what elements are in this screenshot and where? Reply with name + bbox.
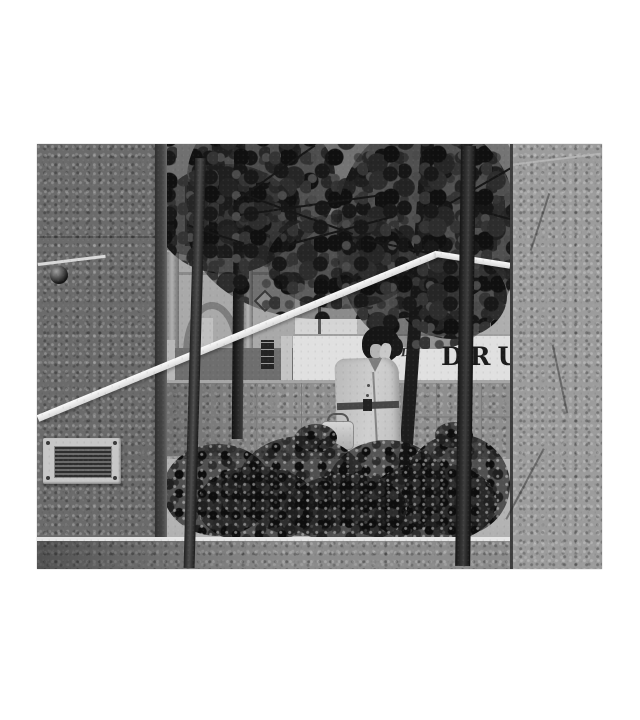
photograph: Du DRU	[37, 144, 602, 569]
shrub	[287, 474, 407, 544]
shrub-tip	[295, 424, 337, 452]
belt-buckle	[363, 399, 372, 411]
plaque-screw-icon	[46, 476, 50, 480]
plaque-screw-icon	[113, 441, 117, 445]
wall-shadow-gap	[155, 144, 167, 537]
wall-lamp-icon	[50, 266, 68, 284]
coat-button	[366, 394, 369, 397]
wall-plaque	[43, 438, 121, 484]
plaque-screw-icon	[46, 441, 50, 445]
plaque-screw-icon	[113, 476, 117, 480]
storefront-pilaster	[281, 336, 292, 380]
wall-seam	[37, 236, 155, 238]
coat-button	[367, 384, 370, 387]
plaque-vent	[54, 446, 112, 478]
coat-collar	[368, 358, 382, 372]
info-sign	[258, 336, 277, 373]
woman-hair	[391, 338, 403, 356]
photo-page: Du DRU	[0, 0, 640, 720]
